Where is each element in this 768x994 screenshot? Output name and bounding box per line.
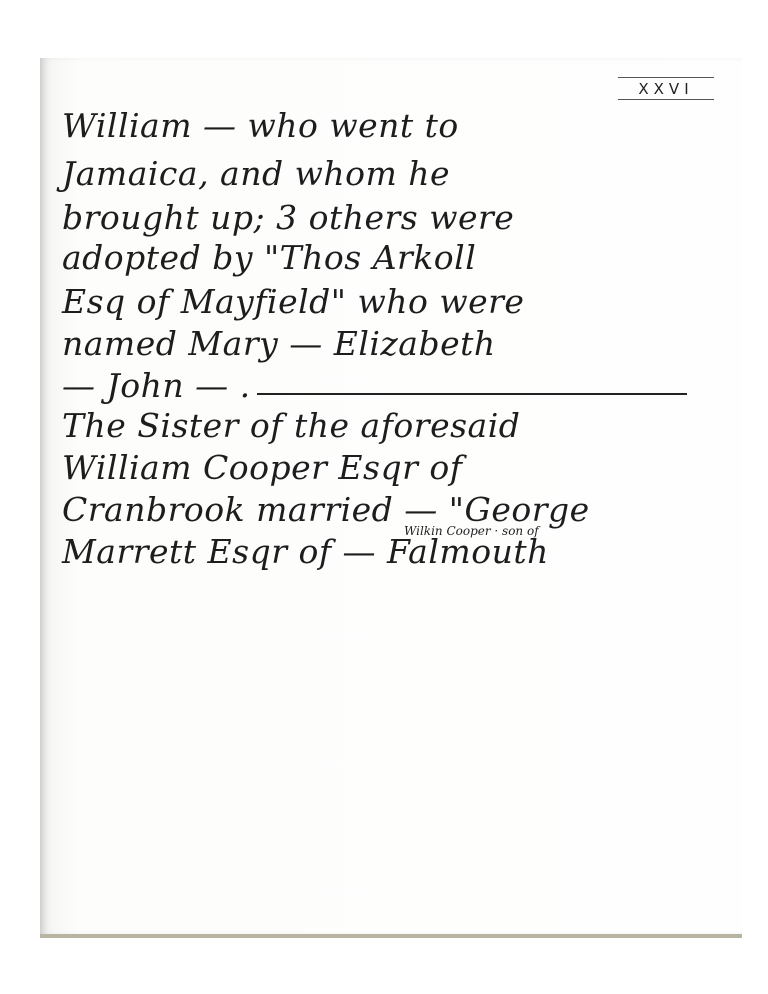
text-line: William — who went to [62, 106, 459, 146]
text-line: William Cooper Esqr of [62, 448, 462, 488]
page-number: XXVI [618, 77, 714, 100]
text-line: brought up; 3 others were [62, 198, 514, 238]
text-line-with-rule: — John — . [62, 366, 687, 406]
text-line: — John — . [62, 366, 251, 405]
interlinear-insertion: Wilkin Cooper · son of [404, 524, 539, 538]
text-line: adopted by "Thos Arkoll [62, 238, 476, 278]
text-line: Marrett Esqr of — Falmouth [62, 532, 549, 572]
text-line: Jamaica, and whom he [62, 154, 450, 194]
text-line: The Sister of the aforesaid [62, 406, 520, 446]
line-filler-rule [257, 393, 687, 395]
text-line: Esq of Mayfield" who were [62, 282, 524, 322]
manuscript-page: XXVI William — who went to Jamaica, and … [40, 58, 742, 938]
text-line: named Mary — Elizabeth [62, 324, 496, 364]
